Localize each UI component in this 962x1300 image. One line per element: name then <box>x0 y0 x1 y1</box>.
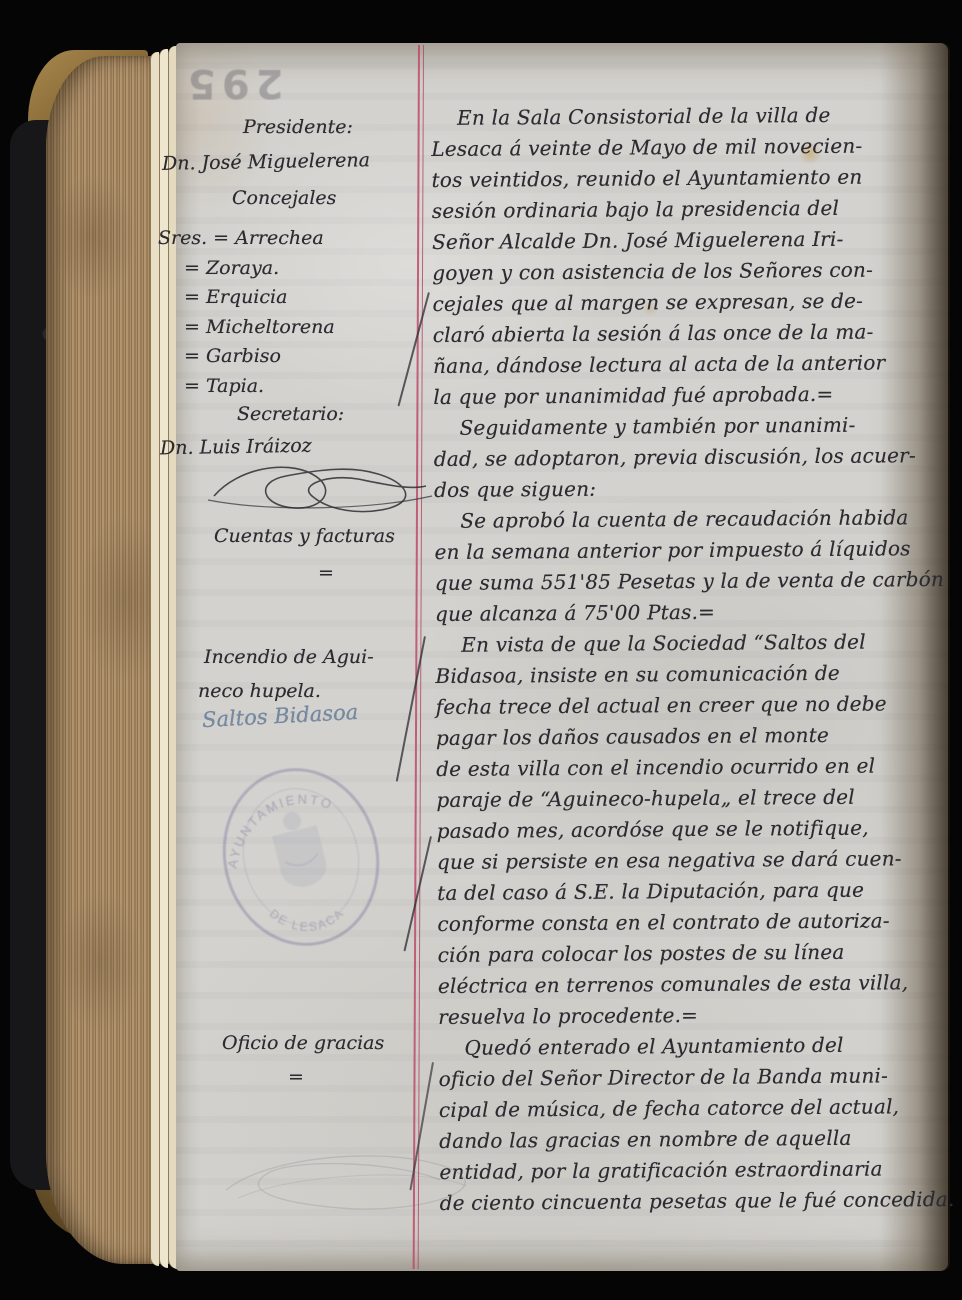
body-text-line: En vista de que la Sociedad “Saltos del <box>435 626 951 661</box>
body-text-line: cejales que al margen se expresan, se de… <box>432 285 948 320</box>
body-text-line: dad, se adoptaron, previa discusión, los… <box>434 440 950 475</box>
body-text-line: goyen y con asistencia de los Señores co… <box>432 254 948 289</box>
body-text-line: de ciento cincuenta pesetas que le fué c… <box>440 1184 956 1219</box>
manuscript-scan: 295 Presidente: Dn. José Miguelerena Con… <box>0 0 962 1300</box>
body-text-line: ción para colocar los postes de su línea <box>438 936 954 971</box>
margin-concejal-item: = Tapia. <box>184 372 335 402</box>
body-text-line: entidad, por la gratificación estraordin… <box>439 1153 955 1188</box>
body-text-line: sesión ordinaria bajo la presidencia del <box>432 192 948 227</box>
margin-note-oficio: Oficio de gracias <box>222 1032 384 1054</box>
page-number-bleedthrough: 295 <box>182 60 284 106</box>
body-text-line: ta del caso á S.E. la Diputación, para q… <box>437 874 953 909</box>
margin-concejal-item: Sres. = Arrechea <box>158 224 335 254</box>
margin-concejal-item: = Erquicia <box>184 283 335 313</box>
margin-concejales-list: Sres. = Arrechea= Zoraya.= Erquicia= Mic… <box>158 224 335 401</box>
body-text-line: cipal de música, de fecha catorce del ac… <box>439 1091 955 1126</box>
body-text-line: eléctrica en terrenos comunales de esta … <box>438 967 954 1002</box>
body-text-line: Señor Alcalde Dn. José Miguelerena Iri- <box>432 223 948 258</box>
pencil-flourish <box>198 1128 498 1228</box>
body-text-line: paraje de “Aguineco-hupela„ el trece del <box>436 781 952 816</box>
body-text-line: resuelva lo procedente.= <box>438 998 954 1033</box>
margin-concejal-item: = Zoraya. <box>184 254 335 284</box>
margin-note-incendio-line2: neco hupela. <box>198 680 321 702</box>
body-text-line: pagar los daños causados en el monte <box>436 719 952 754</box>
body-text-line: oficio del Señor Director de la Banda mu… <box>439 1060 955 1095</box>
margin-concejal-item: = Micheltorena <box>184 313 335 343</box>
body-text-line: que si persiste en esa negativa se dará … <box>437 843 953 878</box>
margin-note-oficio-mark: = <box>288 1066 304 1088</box>
body-text-line: conforme consta en el contrato de autori… <box>437 905 953 940</box>
pen-flourish <box>200 452 440 524</box>
body-text-line: claró abierta la sesión á las once de la… <box>433 316 949 351</box>
margin-note-presidente-label: Presidente: <box>243 116 353 138</box>
body-text-line: Quedó enterado el Ayuntamiento del <box>438 1029 954 1064</box>
margin-note-cuentas: Cuentas y facturas <box>214 525 395 547</box>
body-text-line: en la semana anterior por impuesto á líq… <box>434 533 950 568</box>
body-text-line: dos que siguen: <box>434 471 950 506</box>
body-text-line: la que por unanimidad fué aprobada.= <box>433 378 949 413</box>
body-text-line: fecha trece del actual en creer que no d… <box>436 688 952 723</box>
body-text-line: Bidasoa, insiste en su comunicación de <box>435 657 951 692</box>
margin-note-concejales-label: Concejales <box>232 187 336 209</box>
body-text-line: que suma 551'85 Pesetas y la de venta de… <box>435 564 951 599</box>
margin-concejal-item: = Garbiso <box>184 342 335 372</box>
body-text: En la Sala Consistorial de la villa deLe… <box>431 99 956 1219</box>
margin-note-incendio-line1: Incendio de Agui- <box>204 646 374 668</box>
margin-note-secretario-label: Secretario: <box>237 403 344 425</box>
margin-note-presidente-name: Dn. José Miguelerena <box>162 149 370 175</box>
body-text-line: Se aprobó la cuenta de recaudación habid… <box>434 502 950 537</box>
body-text-line: Lesaca á veinte de Mayo de mil novecien- <box>431 130 947 165</box>
body-text-line: de esta villa con el incendio ocurrido e… <box>436 750 952 785</box>
body-text-line: dando las gracias en nombre de aquella <box>439 1122 955 1157</box>
body-text-line: En la Sala Consistorial de la villa de <box>431 99 947 134</box>
body-text-line: ñana, dándose lectura al acta de la ante… <box>433 347 949 382</box>
body-text-line: tos veintidos, reunido el Ayuntamiento e… <box>431 161 947 196</box>
stamp-shield <box>272 825 330 891</box>
body-text-line: Seguidamente y también por unanimi- <box>433 409 949 444</box>
body-text-line: que alcanza á 75'00 Ptas.= <box>435 595 951 630</box>
body-text-line: pasado mes, acordóse que se le notifique… <box>437 812 953 847</box>
margin-note-cuentas-mark: = <box>318 562 334 584</box>
